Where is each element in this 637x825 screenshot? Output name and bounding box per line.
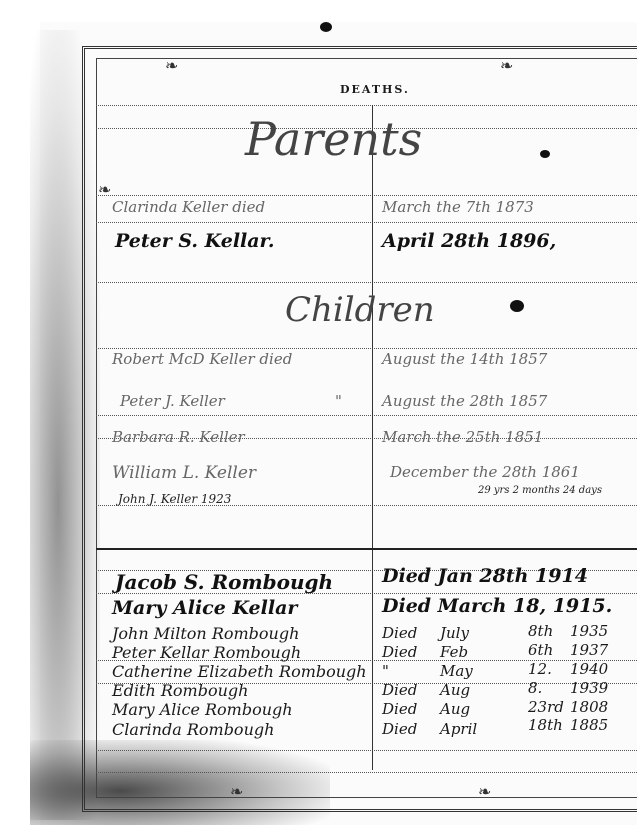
ruled-line [96,195,637,196]
entry-year: 1939 [570,679,608,697]
entry-name: Mary Alice Rombough [112,700,293,719]
age-note: 29 yrs 2 months 24 days [478,485,602,496]
ruled-line [96,105,637,106]
entry-name: Catherine Elizabeth Rombough [112,662,367,681]
ruled-line [96,750,637,751]
child-date: August the 14th 1857 [382,350,547,368]
scroll-ornament-icon: ❧ [478,782,491,801]
entry-died: Died [382,720,417,738]
entry-month: Aug [440,700,470,718]
entry-day: 6th [528,641,553,659]
parents-heading: Parents [245,112,422,166]
entry-name: Jacob S. Rombough [115,570,333,594]
scroll-ornament-icon: ❧ [500,56,513,75]
entry-day: 18th [528,716,563,734]
parent-date: March the 7th 1873 [382,198,534,216]
child-name: Peter J. Keller [120,392,225,410]
scroll-ornament-icon: ❧ [98,180,111,199]
ink-blot [320,22,332,32]
entry-month: Feb [440,643,468,661]
entry-name: John Milton Rombough [112,624,299,643]
entry-day: 12. [528,660,552,678]
parent-date: April 28th 1896, [382,230,556,252]
entry-date: Died Jan 28th 1914 [382,565,588,587]
entry-died: " [382,662,389,680]
entry-name: Mary Alice Kellar [112,597,297,619]
entry-name: Clarinda Rombough [112,720,274,739]
child-date: December the 28th 1861 [390,463,580,481]
entry-month: May [440,662,473,680]
child-name: John J. Keller 1923 [118,492,231,506]
entry-date: Died March 18, 1915. [382,595,612,617]
child-name: William L. Keller [112,463,256,483]
ink-blot [510,300,524,312]
entry-month: Aug [440,681,470,699]
entry-day: 8. [528,679,542,697]
parent-name: Clarinda Keller died [112,198,265,216]
ruled-line [96,415,637,416]
children-heading: Children [285,290,435,330]
section-separator [96,548,637,550]
entry-died: Died [382,700,417,718]
child-date: August the 28th 1857 [382,392,547,410]
ruled-line [96,282,637,283]
entry-month: July [440,624,469,642]
entry-name: Edith Rombough [112,681,248,700]
entry-year: 1935 [570,622,608,640]
scroll-ornament-icon: ❧ [230,782,243,801]
entry-year: 1885 [570,716,608,734]
entry-day: 23rd [528,698,564,716]
column-divider [372,105,373,770]
entry-year: 1808 [570,698,608,716]
entry-name: Peter Kellar Rombough [112,643,301,662]
ditto-mark: " [335,392,342,410]
ink-blot [540,150,550,158]
entry-day: 8th [528,622,553,640]
child-date: March the 25th 1851 [382,428,543,446]
entry-year: 1940 [570,660,608,678]
parent-name: Peter S. Kellar. [115,230,274,252]
ruled-line [96,348,637,349]
ruled-line [96,772,637,773]
entry-year: 1937 [570,641,608,659]
scroll-ornament-icon: ❧ [165,56,178,75]
entry-died: Died [382,681,417,699]
ruled-line [96,222,637,223]
entry-month: April [440,720,477,738]
child-name: Robert McD Keller died [112,350,292,368]
child-name: Barbara R. Keller [112,428,245,446]
entry-died: Died [382,643,417,661]
entry-died: Died [382,624,417,642]
page-title: DEATHS. [340,83,410,96]
